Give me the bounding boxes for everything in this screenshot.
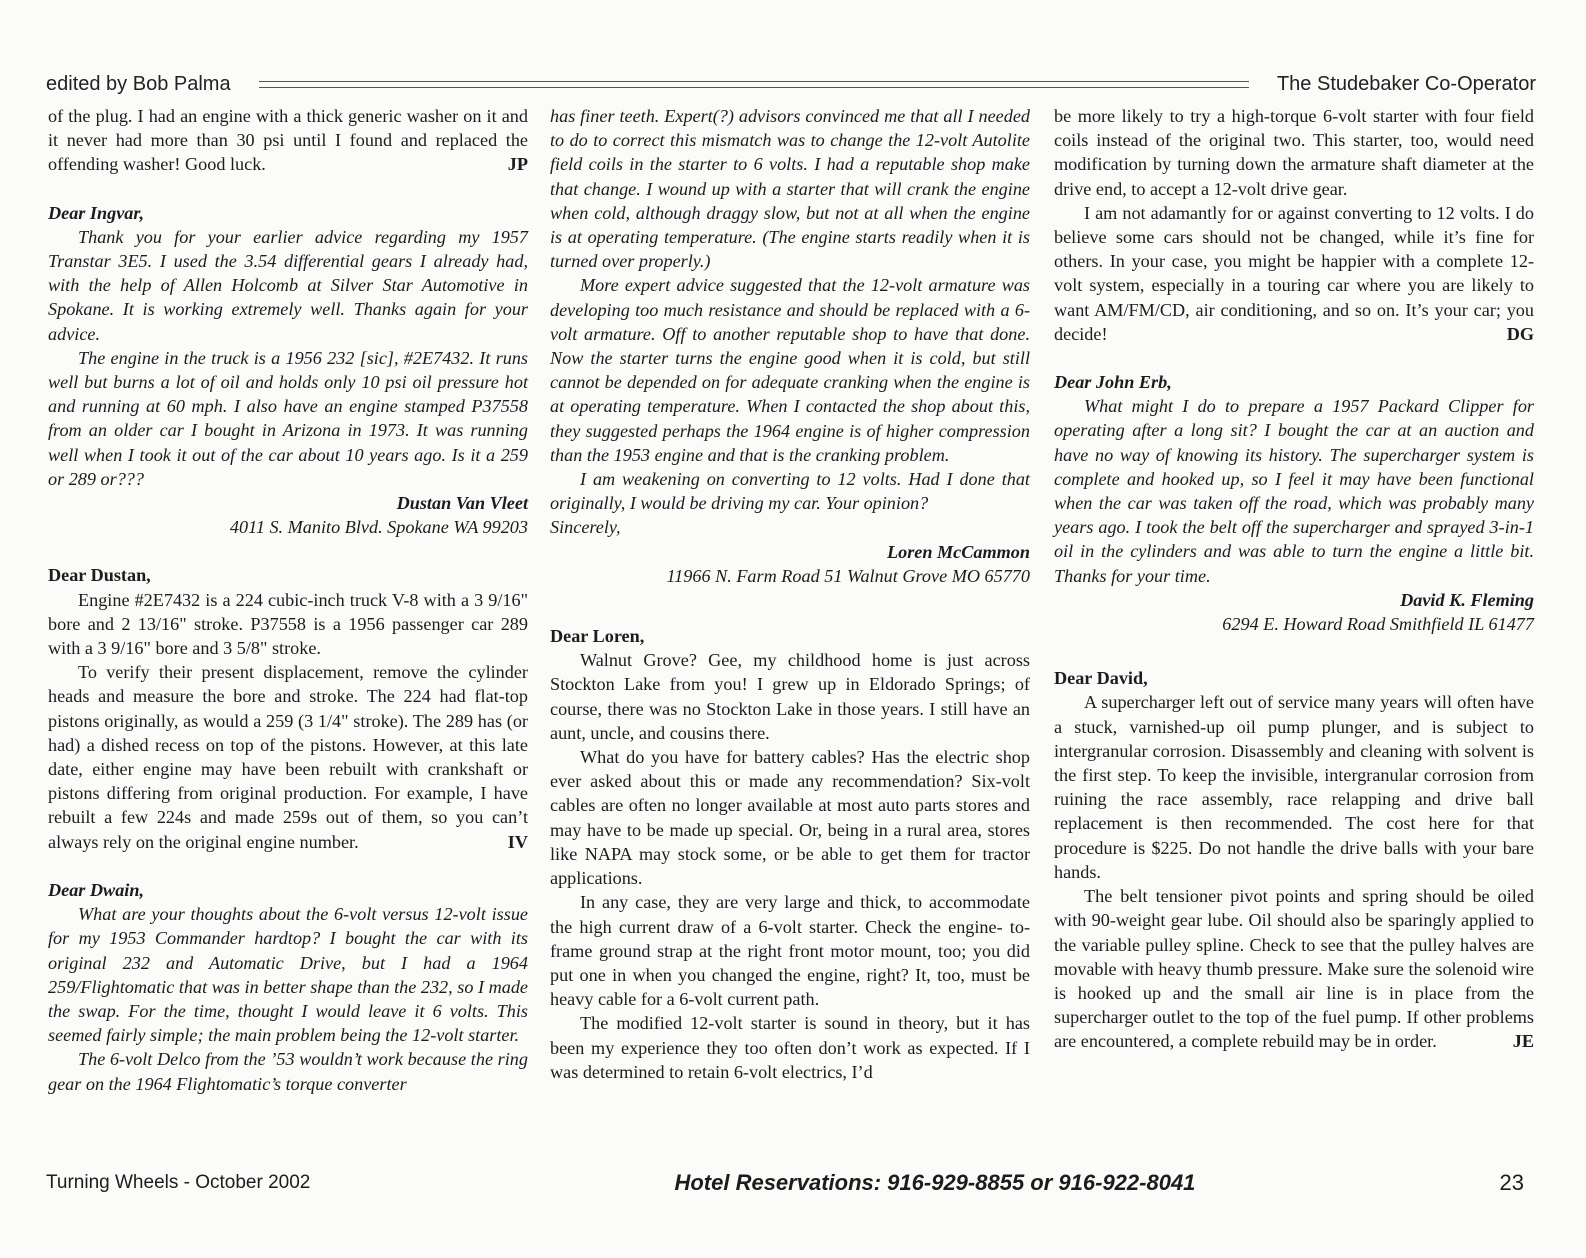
responder-initials: JE <box>1483 1029 1534 1053</box>
hotel-reservations-banner: Hotel Reservations: 916-929-8855 or 916-… <box>674 1170 1195 1196</box>
reply-salutation: Dear David, <box>1054 666 1534 690</box>
column-title: The Studebaker Co-Operator <box>1277 73 1536 96</box>
letter-signature: David K. Fleming <box>1054 588 1534 612</box>
page-footer: Turning Wheels - October 2002 Hotel Rese… <box>46 1168 1524 1198</box>
letter-paragraph: Thank you for your earlier advice regard… <box>48 225 528 346</box>
letter-salutation: Dear Dwain, <box>48 878 528 902</box>
article-columns: of the plug. I had an engine with a thic… <box>46 104 1536 1144</box>
page-number: 23 <box>1500 1170 1524 1196</box>
reply-paragraph: To verify their present displacement, re… <box>48 660 528 854</box>
letter-salutation: Dear John Erb, <box>1054 370 1534 394</box>
letter-paragraph: What might I do to prepare a 1957 Packar… <box>1054 394 1534 588</box>
responder-initials: DG <box>1477 322 1534 346</box>
reply-paragraph: Walnut Grove? Gee, my childhood home is … <box>550 648 1030 745</box>
column-3: be more likely to try a high-torque 6-vo… <box>1054 104 1534 1054</box>
column-2: has finer teeth. Expert(?) advisors conv… <box>550 104 1030 1084</box>
letter-salutation: Dear Ingvar, <box>48 201 528 225</box>
reply-salutation: Dear Dustan, <box>48 563 528 587</box>
page-header: edited by Bob Palma The Studebaker Co-Op… <box>46 70 1536 98</box>
reply-paragraph: The modified 12-volt starter is sound in… <box>550 1011 1030 1084</box>
letter-address: 4011 S. Manito Blvd. Spokane WA 99203 <box>48 515 528 539</box>
reply-paragraph: A supercharger left out of service many … <box>1054 690 1534 884</box>
letter-address: 11966 N. Farm Road 51 Walnut Grove MO 65… <box>550 564 1030 588</box>
reply-paragraph: In any case, they are very large and thi… <box>550 890 1030 1011</box>
reply-paragraph: I am not adamantly for or against conver… <box>1054 201 1534 346</box>
reply-paragraph-continued: be more likely to try a high-torque 6-vo… <box>1054 104 1534 201</box>
letter-signature: Dustan Van Vleet <box>48 491 528 515</box>
responder-initials: JP <box>508 152 528 176</box>
letter-paragraph-continued: has finer teeth. Expert(?) advisors conv… <box>550 104 1030 273</box>
letter-paragraph: The engine in the truck is a 1956 232 [s… <box>48 346 528 491</box>
continued-reply: of the plug. I had an engine with a thic… <box>48 104 528 177</box>
reply-paragraph: The belt tensioner pivot points and spri… <box>1054 884 1534 1053</box>
letter-paragraph: I am weakening on converting to 12 volts… <box>550 467 1030 515</box>
letter-paragraph: More expert advice suggested that the 12… <box>550 273 1030 467</box>
letter-signature: Loren McCammon <box>550 540 1030 564</box>
reply-paragraph: Engine #2E7432 is a 224 cubic-inch truck… <box>48 588 528 661</box>
publication-issue: Turning Wheels - October 2002 <box>46 1172 310 1194</box>
reply-salutation: Dear Loren, <box>550 624 1030 648</box>
letter-paragraph: What are your thoughts about the 6-volt … <box>48 902 528 1047</box>
responder-initials: IV <box>478 830 528 854</box>
editor-credit: edited by Bob Palma <box>46 73 231 96</box>
letter-paragraph: The 6-volt Delco from the ’53 wouldn’t w… <box>48 1047 528 1095</box>
header-double-rule <box>259 81 1249 88</box>
letter-address: 6294 E. Howard Road Smithfield IL 61477 <box>1054 612 1534 636</box>
letter-closing: Sincerely, <box>550 515 1030 539</box>
reply-paragraph: What do you have for battery cables? Has… <box>550 745 1030 890</box>
column-1: of the plug. I had an engine with a thic… <box>48 104 528 1096</box>
